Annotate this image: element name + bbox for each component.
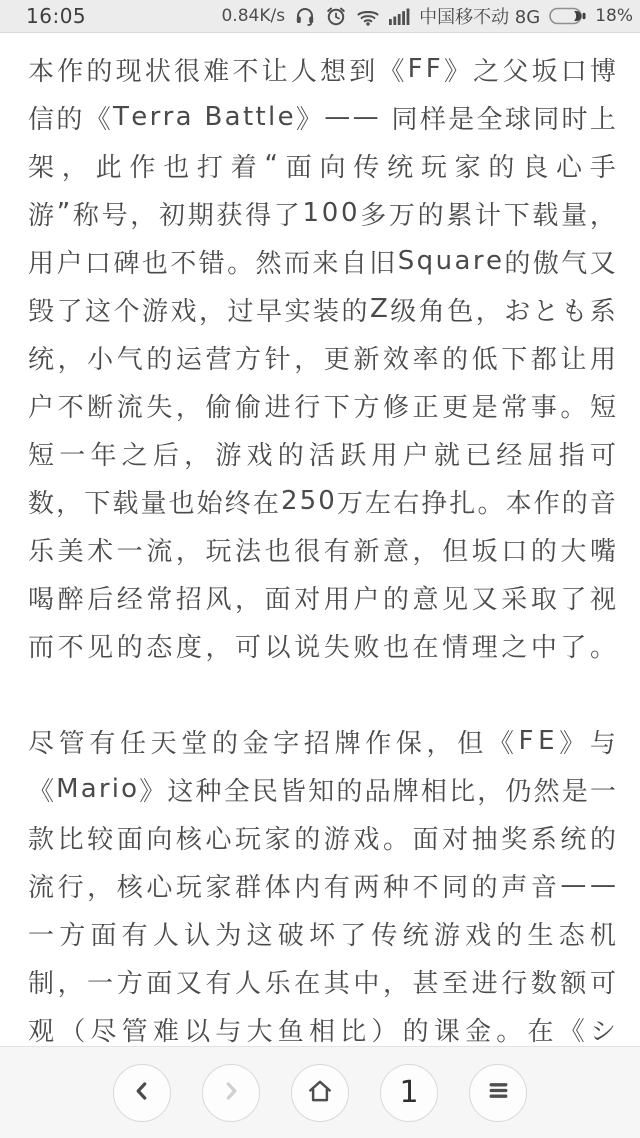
article-line: 信的《Terra Battle》—— 同样是全球同时上	[28, 93, 616, 141]
article-line: 《Mario》这种全民皆知的品牌相比，仍然是一	[28, 765, 616, 813]
article-line: 短一年之后，游戏的活跃用户就已经屈指可	[28, 429, 616, 477]
hamburger-menu-icon	[485, 1077, 512, 1108]
article-line: 流行，核心玩家群体内有两种不同的声音——	[28, 861, 616, 909]
article-line: 观（尽管难以与大鱼相比）的课金。在《シ	[28, 1005, 616, 1046]
article-line: 架，此作也打着“面向传统玩家的良心手	[28, 141, 616, 189]
article-line: 款比较面向核心玩家的游戏。面对抽奖系统的	[28, 813, 616, 861]
battery-percent: 18%	[595, 6, 633, 26]
status-bar: 16:05 0.84K/s	[0, 0, 640, 33]
forward-button[interactable]	[202, 1064, 260, 1122]
status-right-cluster: 0.84K/s	[221, 3, 633, 29]
article-line: 乐美术一流，玩法也很有新意，但坂口的大嘴	[28, 525, 616, 573]
article-line: 喝醉后经常招风，面对用户的意见又采取了视	[28, 573, 616, 621]
article-line: 游”称号，初期获得了100多万的累计下载量，	[28, 189, 616, 237]
menu-button[interactable]	[469, 1064, 527, 1122]
carrier-label: 中国移不动 8G	[419, 3, 540, 29]
article-line: 用户口碑也不错。然而来自旧Square的傲气又	[28, 237, 616, 285]
page-indicator-button[interactable]: 1	[380, 1064, 438, 1122]
phone-screen: 16:05 0.84K/s	[0, 0, 640, 1138]
headset-icon	[294, 5, 316, 27]
chevron-right-icon	[218, 1078, 244, 1108]
home-button[interactable]	[291, 1064, 349, 1122]
article-line: 尽管有任天堂的金字招牌作保，但《FE》与	[28, 717, 616, 765]
battery-icon	[549, 7, 586, 25]
article-line: 毁了这个游戏，过早实装的Z级角色，おとも系	[28, 285, 616, 333]
reader-nav-bar: 1	[0, 1046, 640, 1138]
chevron-left-icon	[129, 1078, 155, 1108]
page-number: 1	[399, 1075, 418, 1110]
article-line: 而不见的态度，可以说失败也在情理之中了。	[28, 621, 616, 669]
article-line: 户不断流失，偷偷进行下方修正更是常事。短	[28, 381, 616, 429]
article-line: 数，下载量也始终在250万左右挣扎。本作的音	[28, 477, 616, 525]
home-icon	[306, 1077, 334, 1109]
article-line: 制，一方面又有人乐在其中，甚至进行数额可	[28, 957, 616, 1005]
clock-time: 16:05	[26, 4, 86, 28]
article-line: 统，小气的运营方针，更新效率的低下都让用	[28, 333, 616, 381]
wifi-icon	[356, 7, 380, 26]
article-line: 一方面有人认为这破坏了传统游戏的生态机	[28, 909, 616, 957]
paragraph-gap	[28, 669, 616, 717]
alarm-clock-icon	[325, 5, 347, 27]
signal-strength-icon	[389, 8, 410, 25]
back-button[interactable]	[113, 1064, 171, 1122]
network-speed: 0.84K/s	[221, 6, 285, 26]
reader-page[interactable]: 本作的现状很难不让人想到《FF》之父坂口博 信的《Terra Battle》——…	[0, 33, 640, 1046]
article-line: 本作的现状很难不让人想到《FF》之父坂口博	[28, 45, 616, 93]
